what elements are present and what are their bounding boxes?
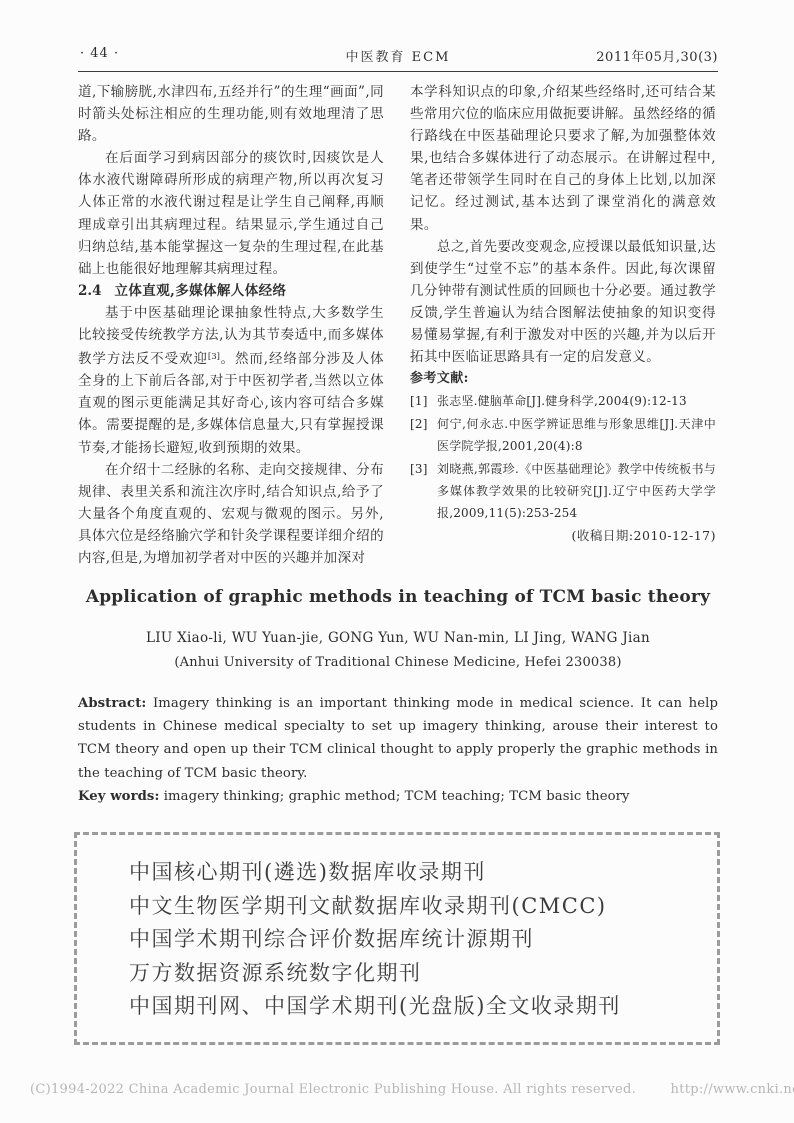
right-column: 本学科知识点的印象,介绍某些经络时,还可结合某些常用穴位的临床应用做扼要讲解。虽…: [410, 81, 716, 569]
english-title: Application of graphic methods in teachi…: [78, 587, 718, 607]
notice-line: 万方数据资源系统数字化期刊: [129, 957, 699, 991]
paragraph: 在后面学习到病因部分的痰饮时,因痰饮是人体水液代谢障碍所形成的病理产物,所以再次…: [78, 147, 384, 280]
left-column: 道,下输膀胱,水津四布,五经并行”的生理“画面”,同时箭头处标注相应的生理功能,…: [78, 81, 384, 569]
notice-line: 中国期刊网、中国学术期刊(光盘版)全文收录期刊: [129, 990, 699, 1024]
reference-marker: [2]: [410, 413, 437, 458]
section-number: 2.4: [78, 283, 102, 299]
notice-line: 中文生物医学期刊文献数据库收录期刊(CMCC): [129, 890, 699, 924]
cnki-url: http://www.cnki.net: [671, 1082, 794, 1097]
paragraph-continuation: 道,下输膀胱,水津四布,五经并行”的生理“画面”,同时箭头处标注相应的生理功能,…: [78, 81, 384, 147]
indexing-notice-box: 中国核心期刊(遴选)数据库收录期刊 中文生物医学期刊文献数据库收录期刊(CMCC…: [74, 832, 720, 1045]
journal-page: · 44 · 中医教育 ECM 2011年05月,30(3) 道,下输膀胱,水津…: [0, 0, 794, 1123]
page-number: · 44 ·: [80, 46, 119, 61]
issue-info: 2011年05月,30(3): [596, 46, 718, 65]
abstract-text: Imagery thinking is an important thinkin…: [78, 696, 718, 781]
keywords-label: Key words:: [78, 789, 159, 804]
reference-marker: [3]: [410, 458, 437, 525]
reference-item: [3] 刘晓燕,郭霞珍.《中医基础理论》教学中传统板书与多媒体教学效果的比较研究…: [410, 458, 716, 525]
abstract-block: Abstract: Imagery thinking is an importa…: [78, 692, 718, 808]
received-date: (收稿日期:2010-12-17): [410, 525, 716, 547]
authors-line: LIU Xiao-li, WU Yuan-jie, GONG Yun, WU N…: [78, 630, 718, 646]
article-body: 道,下输膀胱,水津四布,五经并行”的生理“画面”,同时箭头处标注相应的生理功能,…: [78, 81, 718, 569]
section-heading-2-4: 2.4立体直观,多媒体解人体经络: [78, 280, 384, 302]
paragraph: 总之,首先要改变观念,应授课以最低知识量,达到使学生“过堂不忘”的基本条件。因此…: [410, 236, 716, 369]
journal-title: 中医教育 ECM: [346, 46, 451, 65]
citation-superscript: [3]: [208, 352, 220, 362]
reference-item: [1] 张志坚.健脑革命[J].健身科学,2004(9):12-13: [410, 390, 716, 412]
copyright-footer: (C)1994-2022 China Academic Journal Elec…: [30, 1082, 794, 1097]
abstract-label: Abstract:: [78, 696, 146, 711]
section-title: 立体直观,多媒体解人体经络: [115, 283, 287, 299]
reference-text: 何宁,何永志.中医学辨证思维与形象思维[J].天津中医学院学报,2001,20(…: [437, 413, 716, 458]
copyright-text: (C)1994-2022 China Academic Journal Elec…: [30, 1082, 636, 1097]
notice-line: 中国核心期刊(遴选)数据库收录期刊: [129, 856, 699, 890]
reference-marker: [1]: [410, 390, 437, 412]
reference-item: [2] 何宁,何永志.中医学辨证思维与形象思维[J].天津中医学院学报,2001…: [410, 413, 716, 458]
abstract-paragraph: Abstract: Imagery thinking is an importa…: [78, 692, 718, 785]
affiliation-line: (Anhui University of Traditional Chinese…: [78, 655, 718, 670]
page-header: · 44 · 中医教育 ECM 2011年05月,30(3): [78, 46, 718, 72]
keywords-paragraph: Key words: imagery thinking; graphic met…: [78, 785, 718, 808]
english-section: Application of graphic methods in teachi…: [78, 587, 718, 670]
paragraph: 基于中医基础理论课抽象性特点,大多数学生比较接受传统教学方法,认为其节奏适中,而…: [78, 302, 384, 459]
keywords-text: imagery thinking; graphic method; TCM te…: [164, 789, 630, 804]
paragraph-continuation: 本学科知识点的印象,介绍某些经络时,还可结合某些常用穴位的临床应用做扼要讲解。虽…: [410, 81, 716, 236]
notice-line: 中国学术期刊综合评价数据库统计源期刊: [129, 923, 699, 957]
paragraph: 在介绍十二经脉的名称、走向交接规律、分布规律、表里关系和流注次序时,结合知识点,…: [78, 459, 384, 569]
references-heading: 参考文献:: [410, 368, 716, 390]
reference-text: 刘晓燕,郭霞珍.《中医基础理论》教学中传统板书与多媒体教学效果的比较研究[J].…: [437, 458, 716, 525]
reference-text: 张志坚.健脑革命[J].健身科学,2004(9):12-13: [437, 390, 716, 412]
